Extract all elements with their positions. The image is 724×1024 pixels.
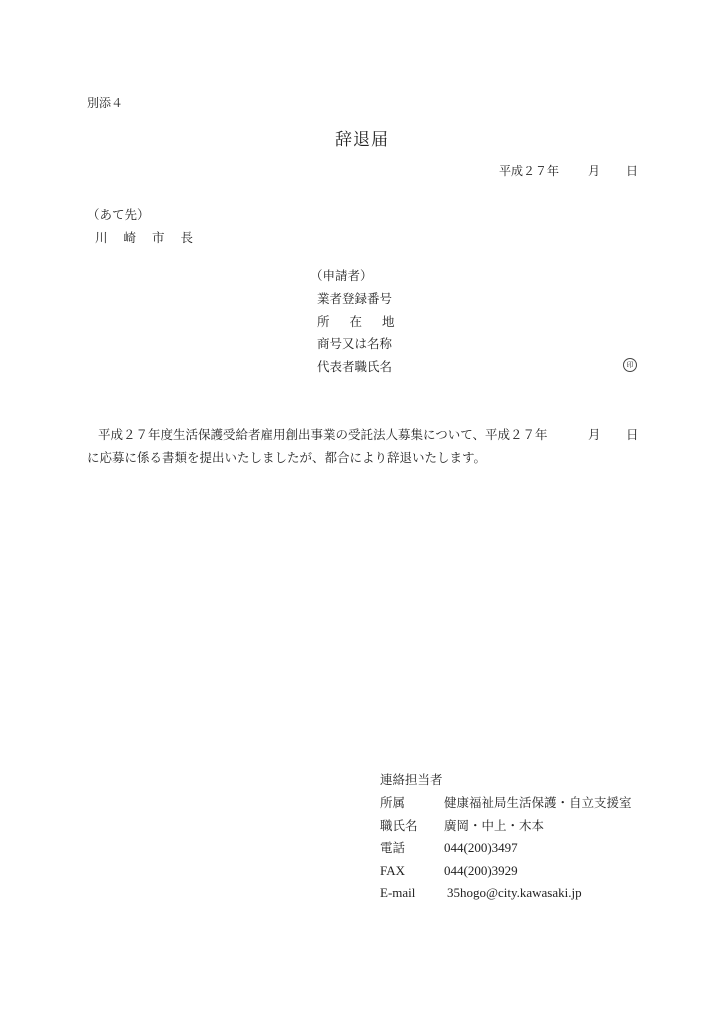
location-char: 地 [382, 314, 395, 329]
seal-icon: 印 [623, 358, 637, 372]
addressee-char: 市 [152, 228, 165, 246]
addressee-char: 川 [95, 228, 108, 246]
location-char: 在 [350, 314, 363, 329]
contact-key: FAX [380, 863, 444, 886]
body-line-2: に応募に係る書類を提出いたしましたが、都合により辞退いたします。 [87, 448, 486, 466]
document-title: 辞退届 [0, 125, 724, 150]
representative-label: 代表者職氏名 [317, 359, 395, 382]
applicant-heading: （申請者） [310, 268, 395, 291]
contact-value: 044(200)3929 [444, 863, 518, 886]
contact-block: 連絡担当者 所属 健康福祉局生活保護・自立支援室 職氏名 廣岡・中上・木本 電話… [380, 772, 632, 908]
contact-key: 職氏名 [380, 818, 444, 841]
contact-value: 健康福祉局生活保護・自立支援室 [444, 795, 632, 818]
location-label: 所在地 [317, 314, 395, 337]
contact-row-email: E-mail 35hogo@city.kawasaki.jp [380, 885, 632, 908]
body-day: 日 [626, 425, 639, 443]
contact-key: 所属 [380, 795, 444, 818]
body-line-1: 平成２７年度生活保護受給者雇用創出事業の受託法人募集について、平成２７年 [98, 425, 548, 443]
registration-number-label: 業者登録番号 [317, 291, 395, 314]
attachment-label: 別添４ [87, 94, 123, 111]
contact-value: 044(200)3497 [444, 840, 518, 863]
date-day: 日 [626, 162, 638, 179]
body-month: 月 [588, 425, 601, 443]
date-era-year: 平成２７年 [499, 162, 559, 179]
contact-heading: 連絡担当者 [380, 772, 632, 795]
location-char: 所 [317, 314, 330, 329]
applicant-block: （申請者） 業者登録番号 所在地 商号又は名称 代表者職氏名 [310, 268, 395, 381]
contact-email: 35hogo@city.kawasaki.jp [447, 885, 582, 908]
contact-row-phone: 電話 044(200)3497 [380, 840, 632, 863]
contact-key: 電話 [380, 840, 444, 863]
addressee-label: （あて先） [87, 205, 150, 223]
addressee-name: 川崎市長 [95, 228, 193, 246]
contact-row-fax: FAX 044(200)3929 [380, 863, 632, 886]
addressee-char: 崎 [124, 228, 137, 246]
contact-key: E-mail [380, 885, 444, 908]
trade-name-label: 商号又は名称 [317, 336, 395, 359]
date-month: 月 [588, 162, 600, 179]
addressee-char: 長 [181, 228, 194, 246]
contact-value: 廣岡・中上・木本 [444, 818, 544, 841]
contact-row-names: 職氏名 廣岡・中上・木本 [380, 818, 632, 841]
contact-row-department: 所属 健康福祉局生活保護・自立支援室 [380, 795, 632, 818]
